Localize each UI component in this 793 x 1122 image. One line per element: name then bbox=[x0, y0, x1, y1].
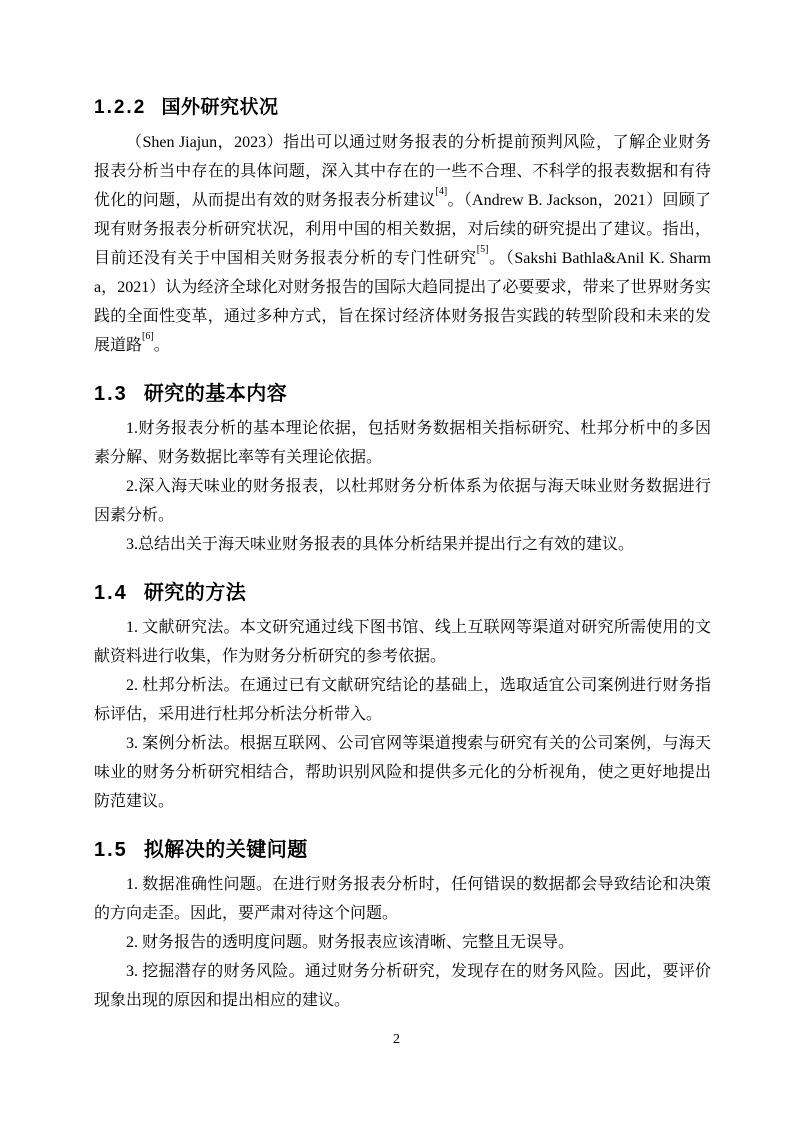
section-title: 国外研究状况 bbox=[161, 97, 278, 118]
section-number: 1.3 bbox=[94, 383, 128, 405]
section-heading: 1.4研究的方法 bbox=[94, 581, 711, 605]
document-page: { "page": { "number": "2", "background_c… bbox=[0, 0, 793, 1122]
paragraph: 3. 挖掘潜存的财务风险。通过财务分析研究，发现存在的财务风险。因此，要评价现象… bbox=[94, 957, 711, 1015]
paragraph: 1. 数据准确性问题。在进行财务报表分析时，任何错误的数据都会导致结论和决策的方… bbox=[94, 870, 711, 928]
section-title: 研究的方法 bbox=[144, 582, 247, 604]
paragraph: 3.总结出关于海天味业财务报表的具体分析结果并提出行之有效的建议。 bbox=[94, 530, 711, 559]
page-number: 2 bbox=[393, 1032, 400, 1047]
section-title: 拟解决的关键问题 bbox=[144, 839, 308, 861]
section-number: 1.4 bbox=[94, 582, 128, 604]
section-heading: 1.2.2国外研究状况 bbox=[94, 96, 711, 120]
section-heading: 1.5拟解决的关键问题 bbox=[94, 838, 711, 862]
page-footer: 2 bbox=[0, 1030, 793, 1050]
citation-ref: [4] bbox=[436, 186, 448, 197]
paragraph: 1. 文献研究法。本文研究通过线下图书馆、线上互联网等渠道对研究所需使用的文献资… bbox=[94, 613, 711, 671]
paragraph: 2.深入海天味业的财务报表，以杜邦财务分析体系为依据与海天味业财务数据进行因素分… bbox=[94, 472, 711, 530]
section-number: 1.2.2 bbox=[94, 97, 146, 118]
paragraph: 2. 财务报告的透明度问题。财务报表应该清晰、完整且无误导。 bbox=[94, 928, 711, 957]
section-number: 1.5 bbox=[94, 839, 128, 861]
paragraph: 3. 案例分析法。根据互联网、公司官网等渠道搜索与研究有关的公司案例，与海天味业… bbox=[94, 729, 711, 816]
citation-ref: [6] bbox=[142, 331, 154, 342]
section-heading: 1.3研究的基本内容 bbox=[94, 382, 711, 406]
paragraph: 1.财务报表分析的基本理论依据，包括财务数据相关指标研究、杜邦分析中的多因素分解… bbox=[94, 414, 711, 472]
paragraph: （Shen Jiajun，2023）指出可以通过财务报表的分析提前预判风险，了解… bbox=[94, 128, 711, 360]
document-body: 1.2.2国外研究状况（Shen Jiajun，2023）指出可以通过财务报表的… bbox=[94, 96, 711, 1015]
paragraph: 2. 杜邦分析法。在通过已有文献研究结论的基础上，选取适宜公司案例进行财务指标评… bbox=[94, 671, 711, 729]
section-title: 研究的基本内容 bbox=[144, 383, 288, 405]
citation-ref: [5] bbox=[477, 244, 489, 255]
